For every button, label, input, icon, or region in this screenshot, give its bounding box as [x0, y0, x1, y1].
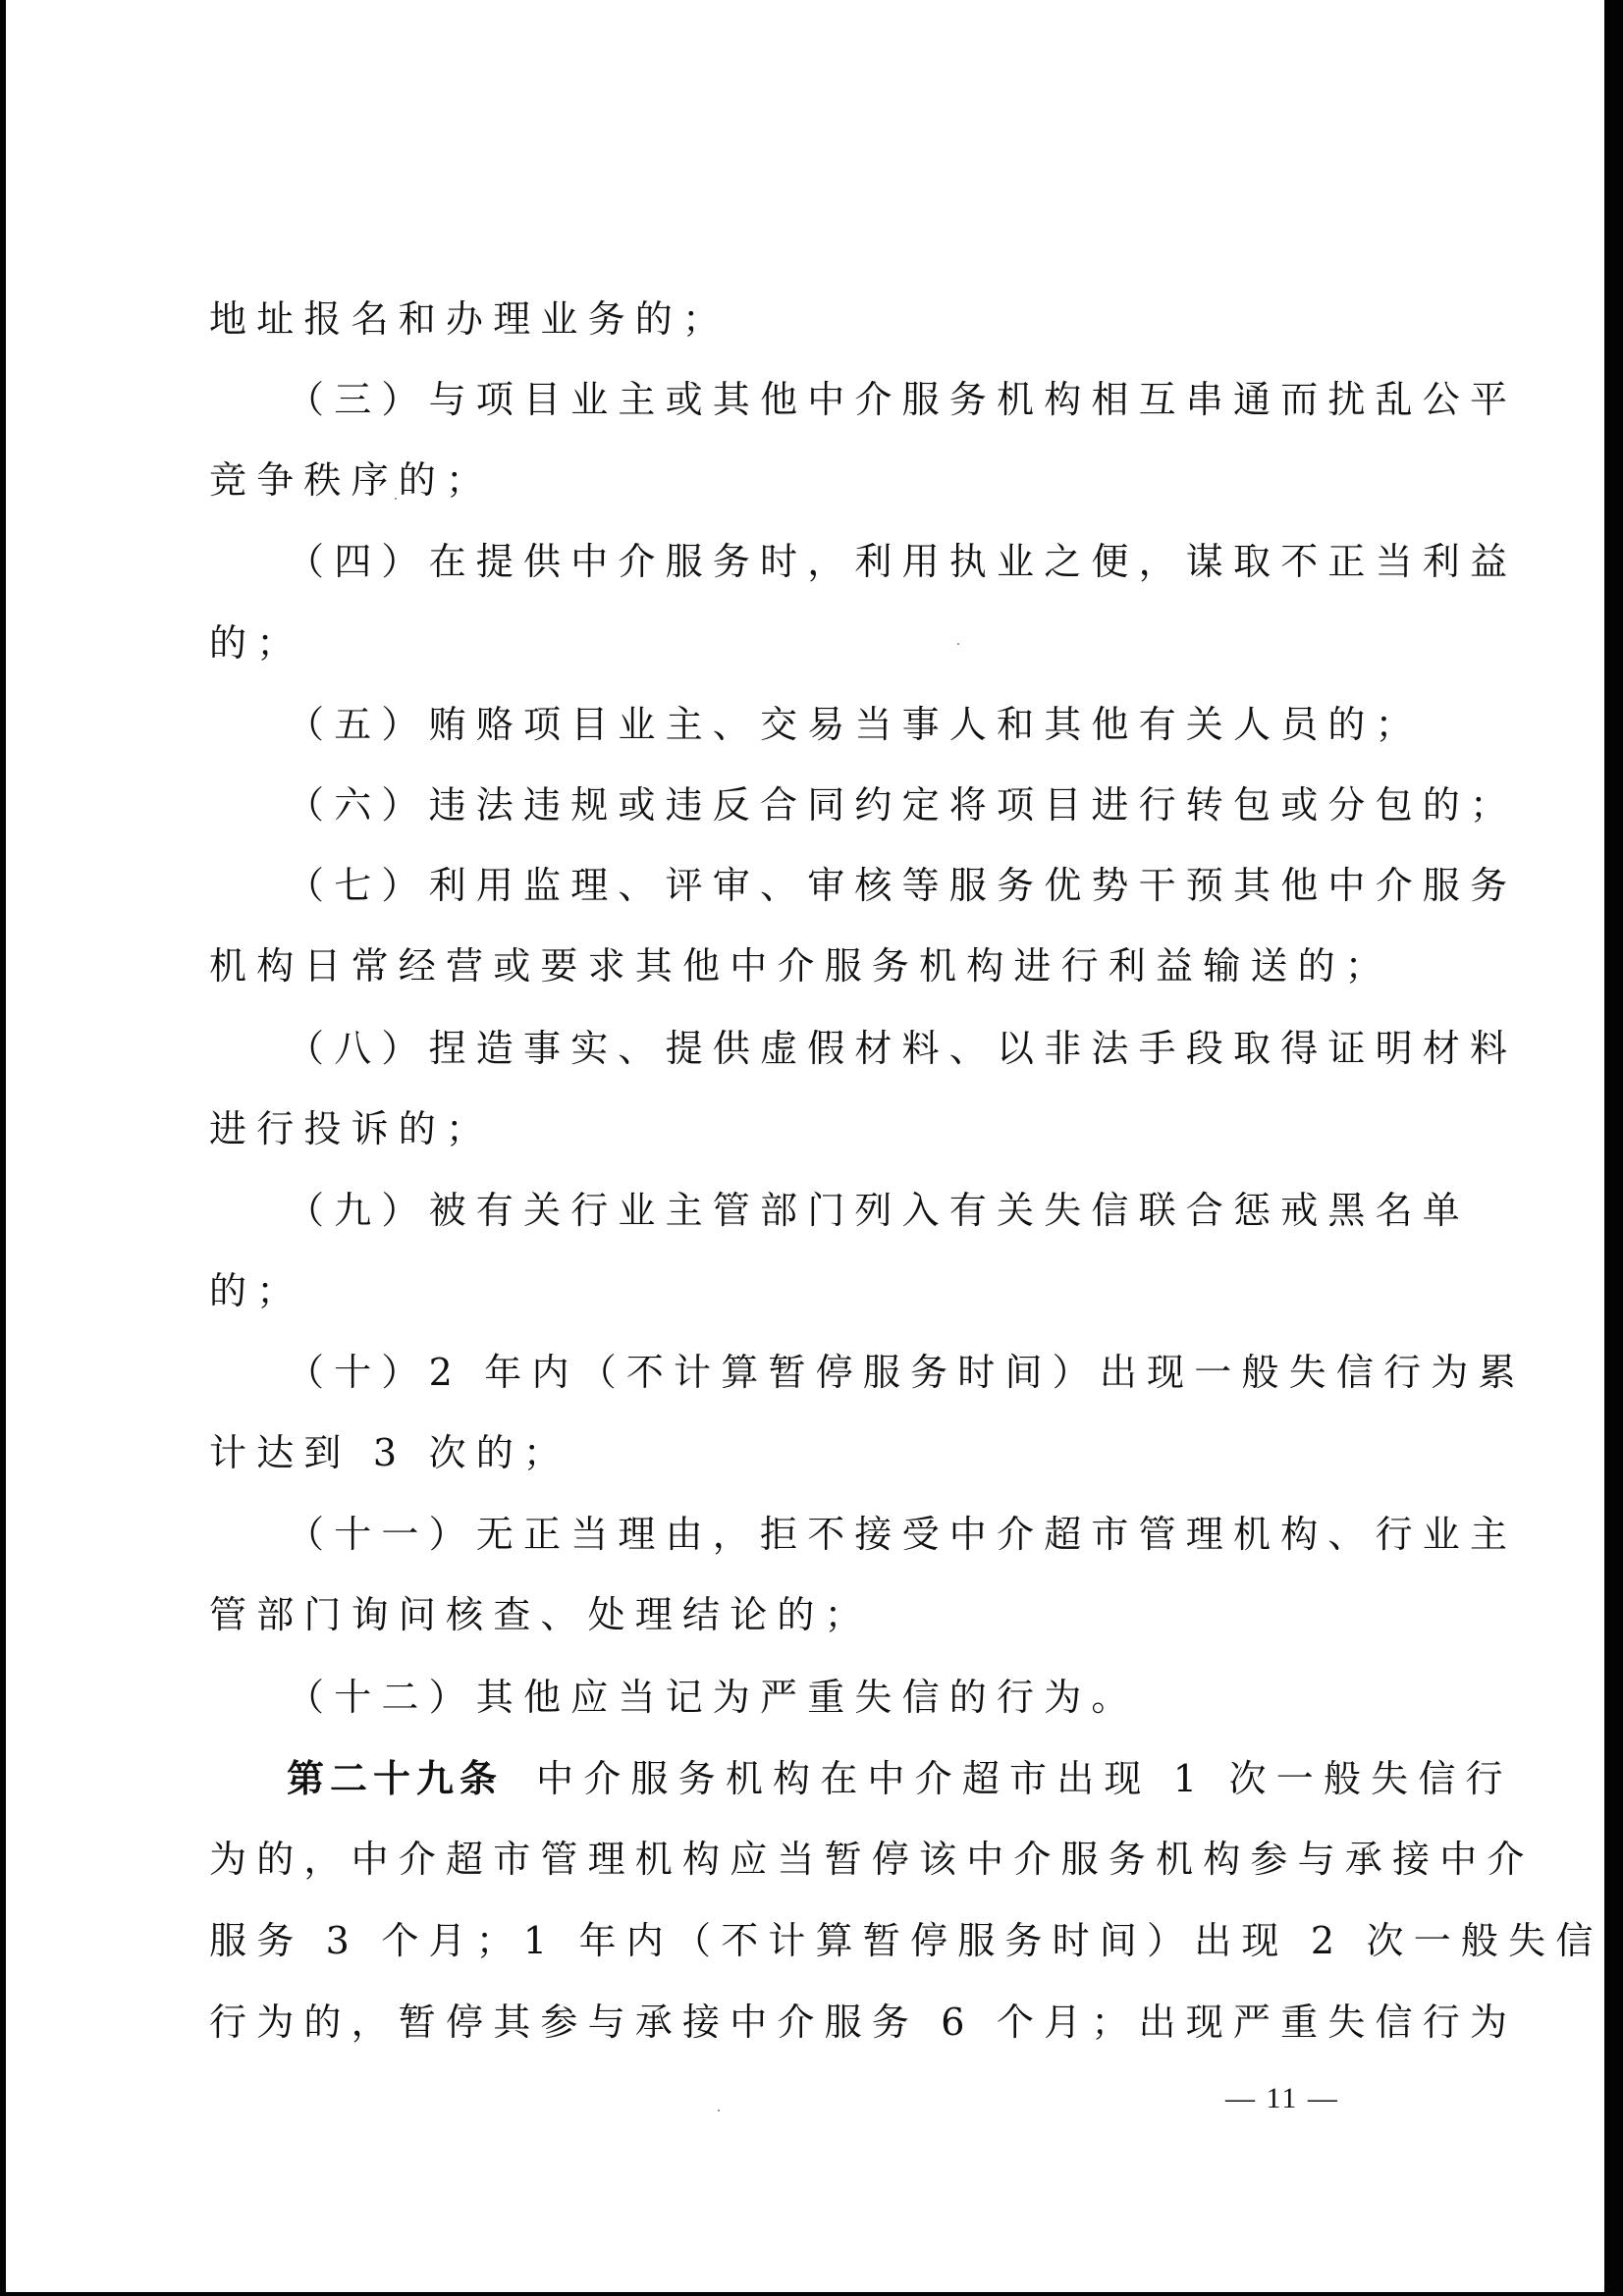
article-heading: 第二十九条 — [287, 1757, 503, 1800]
list-item-11-continuation: 管部门询问核查、处理结论的； — [209, 1585, 872, 1644]
scan-speck — [718, 2109, 720, 2111]
list-item-7-continuation: 机构日常经营或要求其他中介服务机构进行利益输送的； — [209, 936, 1392, 995]
list-item-3: （三）与项目业主或其他中介服务机构相互串通而扰乱公平 — [287, 370, 1517, 429]
list-item-8-continuation: 进行投诉的； — [209, 1099, 493, 1158]
line-text: 行为的，暂停其参与承接中介服务 6 个月；出现严重失信行为 — [209, 2001, 1517, 2044]
line-text: （十一）无正当理由，拒不接受中介超市管理机构、行业主 — [287, 1513, 1517, 1556]
article-29-line-2: 为的，中介超市管理机构应当暂停该中介服务机构参与承接中介 — [209, 1830, 1535, 1889]
list-item-12: （十二）其他应当记为严重失信的行为。 — [287, 1668, 1139, 1727]
line-text: （十二）其他应当记为严重失信的行为。 — [287, 1676, 1139, 1719]
line-text: 计达到 3 次的； — [209, 1431, 570, 1474]
line-text: 机构日常经营或要求其他中介服务机构进行利益输送的； — [209, 944, 1392, 988]
list-item-9-continuation: 的； — [209, 1261, 303, 1320]
list-item-3-continuation: 竞争秩序的； — [209, 451, 493, 509]
list-item-10-continuation: 计达到 3 次的； — [209, 1423, 570, 1482]
line-text: （四）在提供中介服务时，利用执业之便，谋取不正当利益 — [287, 540, 1517, 583]
line-text: 进行投诉的； — [209, 1107, 493, 1150]
line-text: 竞争秩序的； — [209, 458, 493, 502]
list-item-5: （五）贿赂项目业主、交易当事人和其他有关人员的； — [287, 695, 1423, 754]
scan-border-bottom — [0, 2292, 1623, 2296]
line-text: （六）违法违规或违反合同约定将项目进行转包或分包的； — [287, 783, 1517, 827]
line-text: 地址报名和办理业务的； — [209, 297, 730, 341]
line-text: 中介服务机构在中介超市出现 1 次一般失信行 — [536, 1757, 1513, 1800]
line-text: 的； — [209, 621, 303, 665]
article-29-line-3: 服务 3 个月；1 年内（不计算暂停服务时间）出现 2 次一般失信 — [209, 1911, 1603, 1970]
list-item-8: （八）捏造事实、提供虚假材料、以非法手段取得证明材料 — [287, 1019, 1517, 1078]
text-line-continuation: 地址报名和办理业务的； — [209, 290, 730, 348]
page-number: — 11 — — [1225, 2079, 1339, 2118]
line-text: （九）被有关行业主管部门列入有关失信联合惩戒黑名单 — [287, 1189, 1470, 1232]
list-item-9: （九）被有关行业主管部门列入有关失信联合惩戒黑名单 — [287, 1181, 1470, 1240]
line-text: 为的，中介超市管理机构应当暂停该中介服务机构参与承接中介 — [209, 1838, 1535, 1881]
line-text: （五）贿赂项目业主、交易当事人和其他有关人员的； — [287, 703, 1423, 746]
line-text: 的； — [209, 1269, 303, 1312]
list-item-11: （十一）无正当理由，拒不接受中介超市管理机构、行业主 — [287, 1505, 1517, 1564]
document-page: 地址报名和办理业务的； （三）与项目业主或其他中介服务机构相互串通而扰乱公平 竞… — [0, 0, 1604, 2292]
line-text: （三）与项目业主或其他中介服务机构相互串通而扰乱公平 — [287, 378, 1517, 421]
article-29-line-4: 行为的，暂停其参与承接中介服务 6 个月；出现严重失信行为 — [209, 1993, 1517, 2052]
line-text: （十）2 年内（不计算暂停服务时间）出现一般失信行为累 — [287, 1351, 1526, 1394]
scan-border-right — [1604, 0, 1623, 2296]
article-29-first-line: 第二十九条中介服务机构在中介超市出现 1 次一般失信行 — [287, 1749, 1513, 1808]
list-item-7: （七）利用监理、评审、审核等服务优势干预其他中介服务 — [287, 856, 1517, 915]
line-text: 服务 3 个月；1 年内（不计算暂停服务时间）出现 2 次一般失信 — [209, 1919, 1603, 1962]
list-item-6: （六）违法违规或违反合同约定将项目进行转包或分包的； — [287, 775, 1517, 834]
list-item-10: （十）2 年内（不计算暂停服务时间）出现一般失信行为累 — [287, 1343, 1526, 1402]
list-item-4: （四）在提供中介服务时，利用执业之便，谋取不正当利益 — [287, 532, 1517, 591]
line-text: 管部门询问核查、处理结论的； — [209, 1593, 872, 1636]
list-item-4-continuation: 的； — [209, 614, 303, 672]
line-text: （八）捏造事实、提供虚假材料、以非法手段取得证明材料 — [287, 1027, 1517, 1070]
scan-speck — [395, 498, 397, 500]
line-text: （七）利用监理、评审、审核等服务优势干预其他中介服务 — [287, 864, 1517, 907]
scan-speck — [957, 643, 959, 645]
